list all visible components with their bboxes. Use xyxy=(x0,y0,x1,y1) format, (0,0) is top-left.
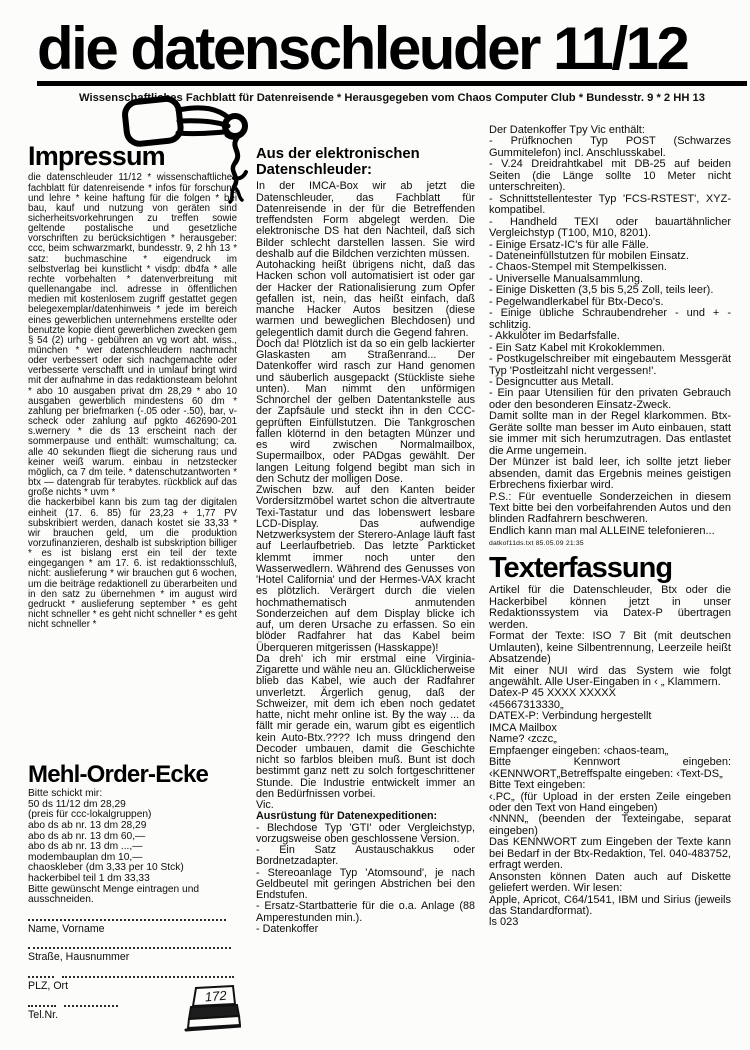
koffer-item: - Ein paar Utensilien für den privaten G… xyxy=(489,388,731,411)
article-id: ls 023 xyxy=(489,917,731,928)
koffer-item: - Handheld TEXI oder bauartähnlicher Ver… xyxy=(489,217,731,240)
fill-in-line xyxy=(62,976,234,978)
koffer-item: - Postkugelschreiber mit eingebautem Mes… xyxy=(489,354,731,377)
form-field-name: Name, Vorname xyxy=(28,919,237,935)
texterfassung-heading: Texterfassung xyxy=(489,554,731,584)
impressum-column: Impressum die datenschleuder 11/12 * wis… xyxy=(28,142,237,760)
terminal-line: Name? ‹zczc„ xyxy=(489,734,731,745)
tex-paragraph: Format der Texte: ISO 7 Bit (mit deutsch… xyxy=(489,631,731,665)
datenkoffer-column: Der Datenkoffer Tpy Vic enthält: - Prüfk… xyxy=(489,125,731,1047)
order-item: hackerbibel teil 1 dm 33,33 xyxy=(28,874,237,885)
field-label: Straße, Hausnummer xyxy=(28,952,237,963)
article-paragraph: Autohacking heißt übrigens nicht, daß da… xyxy=(256,260,475,339)
article-heading: Aus der elektronischen Datenschleuder: xyxy=(256,147,475,178)
fill-in-line xyxy=(64,1005,118,1007)
fill-in-line xyxy=(28,976,54,978)
fill-in-line xyxy=(28,1005,56,1007)
koffer-item: - Schnittstellentester Typ 'FCS-RSTEST',… xyxy=(489,194,731,217)
tex-paragraph: Artikel für die Datenschleuder, Btx oder… xyxy=(489,585,731,631)
typewriter-doodle-icon: 172 xyxy=(181,984,241,1044)
tex-paragraph: Ansonsten können Daten auch auf Diskette… xyxy=(489,872,731,895)
field-label: Name, Vorname xyxy=(28,924,237,935)
article-paragraph: Da dreh' ich mir erstmal eine Virginia-Z… xyxy=(256,654,475,800)
fill-in-line xyxy=(28,919,226,921)
page-title: die datenschleuder 11/12 xyxy=(37,18,747,79)
koffer-item: - V.24 Dreidrahtkabel mit DB-25 auf beid… xyxy=(489,159,731,193)
impressum-paragraph: die hackerbibel kann bis zum tag der dig… xyxy=(28,498,237,630)
koffer-item: - Akkulöter im Bedarfsfalle. xyxy=(489,331,731,342)
tex-paragraph: Mit einer NUI wird das System wie folgt … xyxy=(489,666,731,689)
impressum-paragraph: die datenschleuder 11/12 * wissenschaftl… xyxy=(28,173,237,498)
fill-in-line xyxy=(28,947,231,949)
koffer-item: - Prüfknochen Typ POST (Schwarzes Gummit… xyxy=(489,136,731,159)
equipment-item: - Ein Satz Austauschakkus oder Bordnetza… xyxy=(256,845,475,868)
koffer-outro: Der Münzer ist bald leer, ich sollte jet… xyxy=(489,457,731,491)
order-item: abo ds ab nr. 13 dm 28,29 xyxy=(28,821,237,832)
equipment-heading: Ausrüstung für Datenexpeditionen: xyxy=(256,811,475,822)
equipment-item: - Datenkoffer xyxy=(256,924,475,935)
tex-paragraph: ‹NNNN„ (beenden der Texteingabe, separat… xyxy=(489,814,731,837)
terminal-line: Bitte Text eingeben: xyxy=(489,780,731,791)
koffer-closing: Endlich kann man mal ALLEINE telefoniere… xyxy=(489,526,731,550)
mail-order-note: Bitte gewünscht Menge eintragen und auss… xyxy=(28,885,237,906)
koffer-outro: Damit sollte man in der Regel klarkommen… xyxy=(489,411,731,457)
stamp-number: 172 xyxy=(204,988,228,1005)
closing-text: Endlich kann man mal ALLEINE telefoniere… xyxy=(489,525,715,537)
mail-order-heading: Mehl-Order-Ecke xyxy=(28,762,237,787)
article-paragraph: Zwischen bzw. auf den Kanten beider Vord… xyxy=(256,485,475,654)
equipment-item: - Blechdose Typ 'GTI' oder Vergleichstyp… xyxy=(256,823,475,846)
form-field-street: Straße, Hausnummer xyxy=(28,947,237,963)
article-paragraph: Doch da! Plötzlich ist da so ein gelb la… xyxy=(256,339,475,485)
equipment-item: - Ersatz-Startbatterie für die o.a. Anla… xyxy=(256,901,475,924)
file-timestamp-note: datkof11ds.txt 85.05.09 21:35 xyxy=(489,540,584,547)
tex-paragraph: Das KENNWORT zum Eingeben der Texte kann… xyxy=(489,837,731,871)
tex-paragraph: ‹.PC„ (für Upload in der ersten Zeile ei… xyxy=(489,792,731,815)
impressum-heading: Impressum xyxy=(28,142,237,170)
tex-paragraph: Bitte Kennwort eingeben: ‹KENNWORT„Betre… xyxy=(489,757,731,780)
koffer-item: - Einige übliche Schraubendreher - und +… xyxy=(489,308,731,331)
tex-paragraph: Apple, Apricot, C64/1541, IBM und Sirius… xyxy=(489,895,731,918)
koffer-outro: P.S.: Für eventuelle Sonderzeichen in di… xyxy=(489,492,731,526)
equipment-item: - Stereoanlage Typ 'Atomsound', je nach … xyxy=(256,868,475,902)
article-paragraph: In der IMCA-Box wir ab jetzt die Datensc… xyxy=(256,181,475,260)
electronic-datenschleuder-column: Aus der elektronischen Datenschleuder: I… xyxy=(256,147,475,1045)
